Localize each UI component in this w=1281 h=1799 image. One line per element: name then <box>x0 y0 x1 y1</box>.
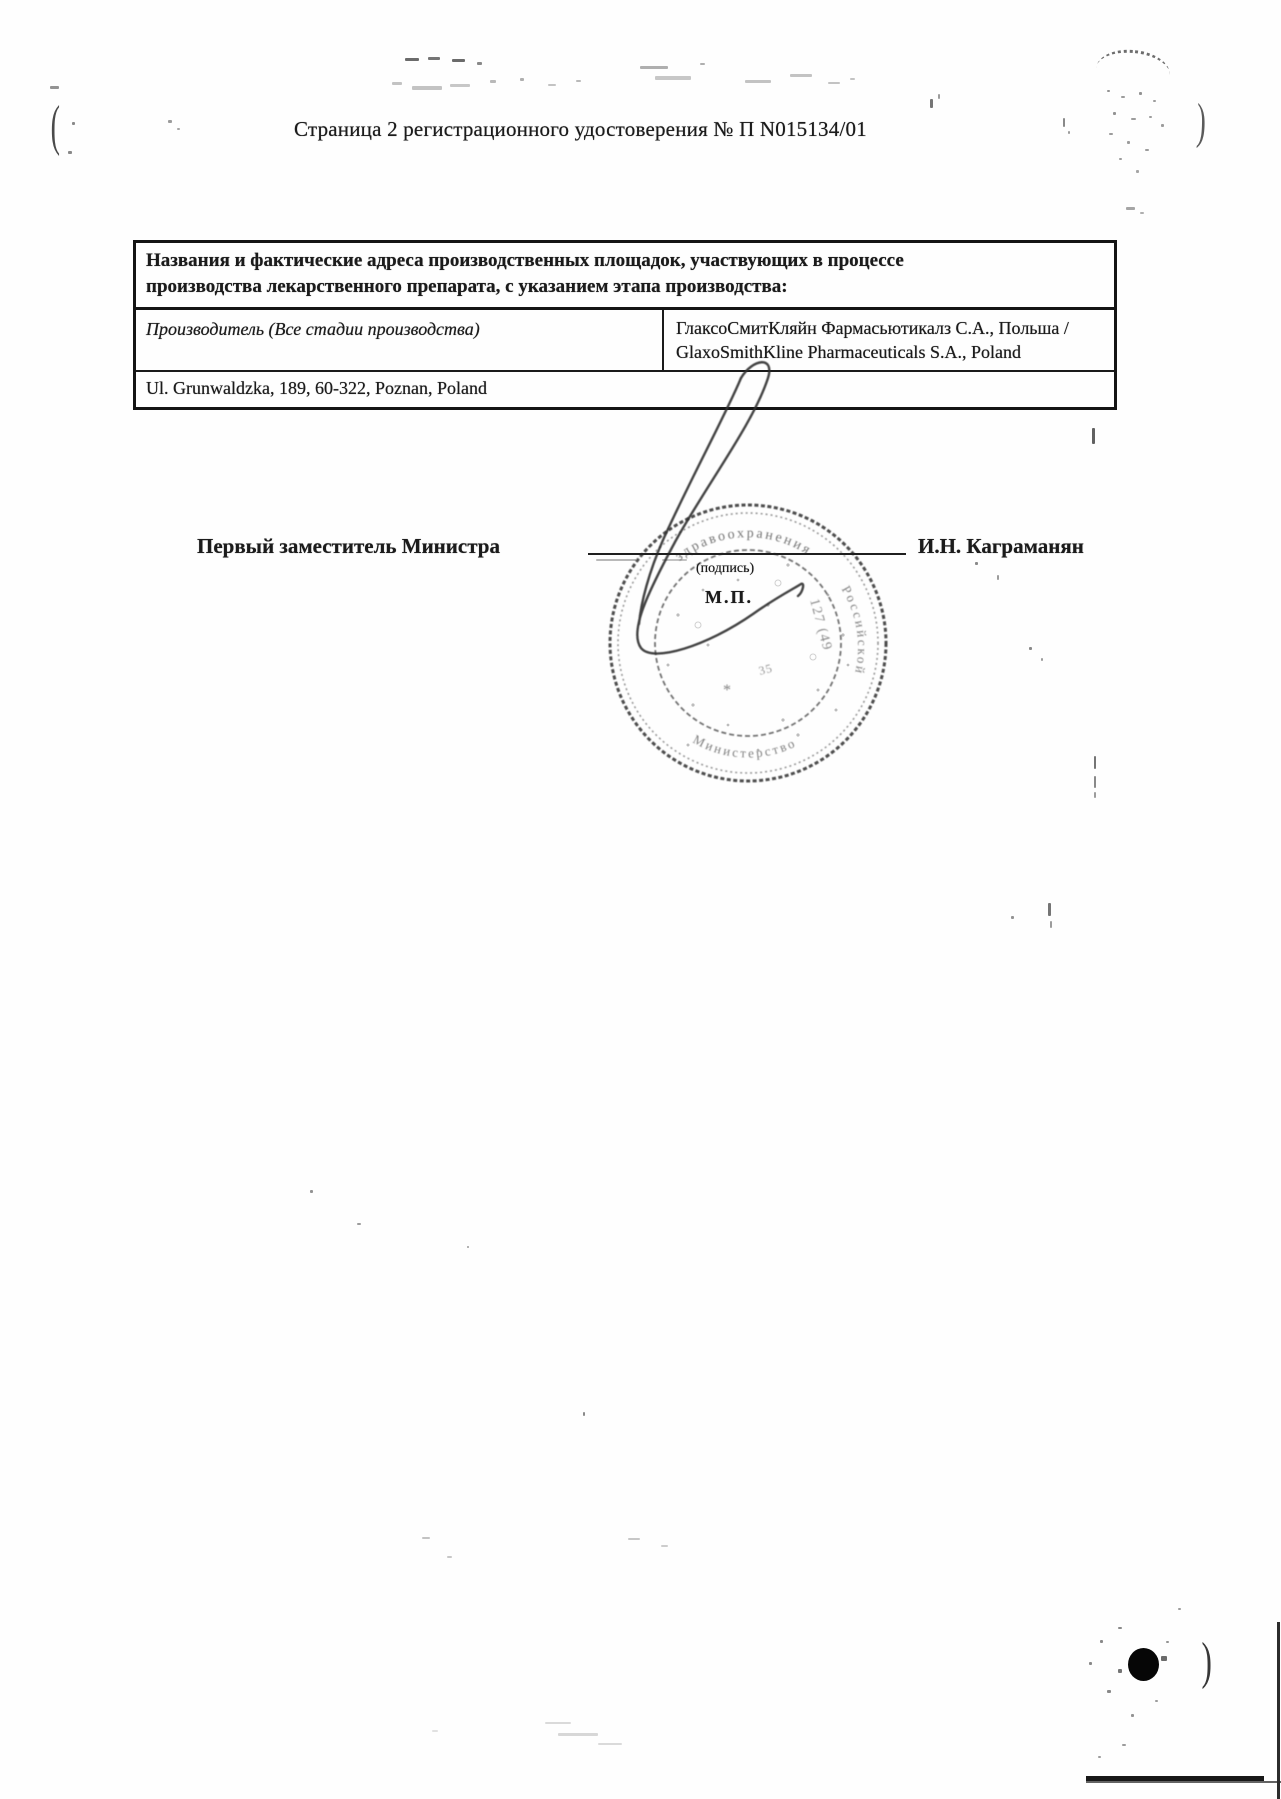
scan-artifact <box>1118 1669 1122 1673</box>
scan-artifact <box>1131 1714 1134 1717</box>
scan-artifact <box>938 94 940 99</box>
scan-artifact <box>72 122 75 125</box>
scan-artifact <box>975 562 978 565</box>
scan-artifact <box>930 99 933 108</box>
scan-artifact <box>1107 1690 1111 1693</box>
scan-artifact <box>1094 792 1096 798</box>
scan-artifact <box>1131 118 1136 120</box>
scan-artifact <box>1119 158 1122 160</box>
scan-artifact <box>1121 96 1125 98</box>
handwritten-signature <box>555 360 925 700</box>
scan-artifact <box>1050 921 1052 928</box>
scan-artifact <box>1149 116 1152 118</box>
seal-place-mark: М.П. <box>705 587 753 608</box>
scan-artifact <box>467 1246 469 1248</box>
scan-artifact <box>520 78 524 81</box>
scan-artifact <box>1107 90 1110 92</box>
scan-artifact <box>583 1412 585 1416</box>
signer-title: Первый заместитель Министра <box>197 534 500 559</box>
scan-artifact <box>447 1556 452 1558</box>
signature-line <box>588 553 906 555</box>
scan-artifact <box>1011 916 1014 919</box>
scan-artifact <box>1139 92 1142 95</box>
scan-artifact <box>50 86 59 89</box>
scan-artifact <box>598 1743 622 1745</box>
scan-artifact <box>628 1538 640 1540</box>
scan-artifact <box>432 1730 438 1732</box>
scan-artifact <box>1136 170 1139 173</box>
scan-artifact <box>1068 131 1070 134</box>
scan-artifact <box>1155 1700 1158 1702</box>
scan-artifact <box>1048 903 1051 916</box>
scan-artifact <box>1126 207 1135 210</box>
scan-artifact <box>558 1733 598 1736</box>
scan-artifact <box>1098 1756 1101 1758</box>
scan-artifact <box>412 86 442 90</box>
scan-artifact <box>1127 141 1130 144</box>
scan-artifact <box>1094 756 1096 769</box>
scan-artifact <box>68 151 72 154</box>
scan-artifact <box>310 1190 313 1193</box>
scan-artifact <box>661 1545 668 1547</box>
bracket-artifact-top-right: ) <box>1196 95 1207 146</box>
scan-artifact <box>1153 100 1156 102</box>
scan-artifact <box>477 62 482 65</box>
bracket-artifact-bottom-right: ) <box>1201 1636 1211 1688</box>
scan-artifact <box>1113 112 1116 115</box>
scan-artifact <box>850 78 855 80</box>
scan-artifact <box>1166 1641 1169 1643</box>
svg-text:Министерство: Министерство <box>691 731 799 760</box>
scan-artifact <box>422 1537 430 1539</box>
scan-artifact <box>790 74 812 77</box>
scan-artifact <box>640 66 668 69</box>
table-title: Названия и фактические адреса производст… <box>136 243 1114 310</box>
margin-bracket-mark-left: ( <box>51 98 60 154</box>
scan-artifact <box>1161 1656 1167 1661</box>
scan-artifact <box>1089 1662 1092 1665</box>
scan-artifact <box>405 58 419 61</box>
scan-artifact <box>168 120 172 123</box>
scan-artifact <box>1178 1608 1181 1610</box>
scan-artifact <box>576 80 581 82</box>
scan-artifact <box>1140 212 1144 214</box>
scan-artifact <box>545 1722 571 1724</box>
scan-edge-line-bottom-faint <box>1086 1781 1281 1783</box>
scan-artifact <box>1145 149 1149 151</box>
scan-artifact <box>450 84 470 87</box>
stamp-ghost-top-right <box>1094 46 1172 96</box>
scan-artifact <box>997 575 999 580</box>
scan-artifact <box>1063 118 1065 127</box>
scan-artifact <box>700 63 705 65</box>
scan-artifact <box>1109 133 1113 135</box>
scan-artifact <box>1122 1744 1126 1746</box>
scan-artifact <box>548 84 556 86</box>
ink-blot <box>1128 1648 1159 1681</box>
scan-artifact <box>745 80 771 83</box>
scan-artifact <box>357 1223 361 1225</box>
scan-artifact <box>428 57 440 60</box>
page-title: Страница 2 регистрационного удостоверени… <box>294 117 867 142</box>
scan-artifact <box>452 59 465 62</box>
signature-main-stroke <box>637 362 803 653</box>
scan-artifact <box>1041 658 1043 661</box>
scan-artifact <box>1092 428 1095 444</box>
scan-artifact <box>490 80 496 83</box>
scan-artifact <box>177 128 180 130</box>
scan-artifact <box>1094 776 1096 788</box>
scan-artifact <box>1100 1640 1103 1643</box>
scan-artifact <box>1161 124 1164 127</box>
scan-artifact <box>655 76 691 80</box>
scan-artifact <box>392 82 402 85</box>
scan-artifact <box>1029 647 1032 650</box>
signer-name: И.Н. Каграманян <box>918 534 1084 559</box>
scan-edge-line-right <box>1277 1622 1280 1799</box>
scanned-document-page: { "page": { "header_title": "Страница 2 … <box>0 0 1281 1799</box>
scan-artifact <box>1118 1627 1122 1629</box>
scan-artifact <box>828 82 840 84</box>
signature-line-caption: (подпись) <box>696 561 754 577</box>
